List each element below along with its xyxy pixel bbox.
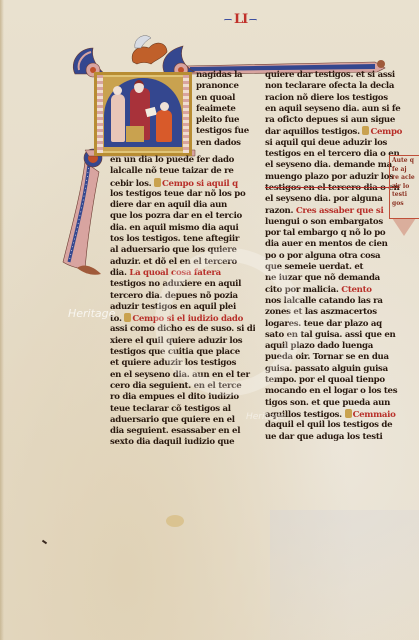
text-line: muengo plazo por aduzir los: [265, 172, 402, 183]
struck-text-line: testigos en el tercero dia o en: [265, 183, 402, 194]
marginal-note: Aute q fe aj re acle zir lo testi gos: [389, 155, 419, 219]
gold-paragraph-mark-icon: [362, 126, 369, 135]
text-line: tempo. por el quoal tienpo: [265, 375, 402, 386]
text-line: que los pozra dar en el tercio: [110, 211, 255, 222]
rubric-initial: Cempo si aquil q: [162, 179, 238, 189]
text-line: luengui o son embargatos: [265, 217, 402, 228]
rubric-initial: Ctento: [341, 285, 371, 295]
text-line: teue teclarar cõ testigos al: [110, 404, 255, 415]
text-line: aduersario que quiere en el: [110, 415, 255, 426]
text-line: dia seguient. esassaber en el: [110, 426, 255, 437]
marginal-note-pointer: [392, 218, 416, 236]
kneeling-figure-head: [160, 102, 169, 111]
text-line: ren dados: [196, 138, 249, 149]
miniature-painting: [94, 72, 192, 156]
text-line: tos los testigos. tene aftegiir: [110, 234, 255, 245]
rubric-initial: Cempo: [370, 127, 402, 137]
note-line: re acle: [392, 174, 417, 183]
text-line: si aquil qui deue aduzir los: [265, 138, 402, 149]
text-line: ra oficto depues si aun sigue: [265, 115, 402, 126]
text-line: cebir los. Cempo si aquil q: [110, 178, 255, 189]
text-line: dia. en aquil mismo dia aqui: [110, 223, 255, 234]
text-line: dia auer en mentos de cien: [265, 239, 402, 250]
gold-paragraph-mark-icon: [154, 178, 161, 187]
rubric-initial: Cres assaber que si: [296, 206, 384, 216]
note-line: fe aj: [392, 166, 417, 175]
text-line: el seyseno dia. demande ma: [265, 160, 402, 171]
rubric-initial: Cemmaio: [353, 410, 396, 420]
text-line: non teclarare ofecta la decla: [265, 81, 402, 92]
frame-pattern-right: [183, 75, 189, 153]
text-line: diere dar en aquil dia aun: [110, 200, 255, 211]
text-column-left-top: nagidas la pranonce en quoal feaimete pl…: [196, 70, 249, 149]
note-line: Aute q: [392, 157, 417, 166]
text-line: po o por alguna otra cosa: [265, 251, 402, 262]
miniature-blue-ground: [104, 78, 182, 147]
text-line: ue dar que aduga los testi: [265, 432, 402, 443]
text-line: quiere dar testigos. et si assi: [265, 70, 402, 81]
manuscript-page: LI: [0, 0, 419, 640]
judge-head: [134, 80, 144, 93]
watermark-ring: [155, 248, 303, 396]
text-line: en aquil seyseno dia. aun si fe: [265, 104, 402, 115]
parchment-stain: [166, 515, 184, 527]
parchment-fold-shadow: [270, 510, 419, 640]
frame-pattern-left: [97, 75, 103, 153]
text-line: testigos en el tercero dia o en: [265, 149, 402, 160]
text-line: por tal embargo q nõ lo po: [265, 228, 402, 239]
text-line: nagidas la: [196, 70, 249, 81]
text-line: racion nõ diere los testigos: [265, 93, 402, 104]
watermark-text-secondary: Heritage: [246, 412, 285, 422]
gold-paragraph-mark-icon: [345, 409, 352, 418]
text-line: lalcalle nõ teue taizar de re: [110, 166, 255, 177]
text-line: pranonce: [196, 81, 249, 92]
note-line: testi: [392, 191, 417, 200]
text-line: mocando en el logar o los tes: [265, 386, 402, 397]
text-line: feaimete: [196, 104, 249, 115]
text-line: razon. Cres assaber que si: [265, 206, 402, 217]
text-column-right: quiere dar testigos. et si assi non tecl…: [265, 70, 402, 443]
text-line: en un dia lo puede fer dado: [110, 155, 255, 166]
text-line: los testigos teue dar nõ los po: [110, 189, 255, 200]
ink-mark: [42, 540, 47, 545]
text-line: daquil el quil los testigos de: [265, 420, 402, 431]
text-line: aquillos testigos. Cemmaio: [265, 409, 402, 420]
text-line: dar aquillos testigos. Cempo: [265, 126, 402, 137]
standing-figure: [111, 94, 125, 142]
note-line: gos: [392, 200, 417, 209]
note-line: zir lo: [392, 183, 417, 192]
page-edge-shadow: [0, 0, 4, 640]
text-line: en quoal: [196, 93, 249, 104]
standing-figure-head: [113, 86, 122, 95]
watermark-text: Heritage: [68, 307, 115, 320]
text-line: sexto dia daquil iudizio que: [110, 437, 255, 448]
gold-paragraph-mark-icon: [124, 313, 131, 322]
text-line: testigos fue: [196, 126, 249, 137]
text-line: el seyseno dia. por alguna: [265, 194, 402, 205]
throne: [126, 126, 144, 142]
text-line: tigos son. et que pueda aun: [265, 398, 402, 409]
text-line: pleito fue: [196, 115, 249, 126]
text-line: que semeie uerdat. et: [265, 262, 402, 273]
kneeling-figure: [156, 110, 172, 142]
